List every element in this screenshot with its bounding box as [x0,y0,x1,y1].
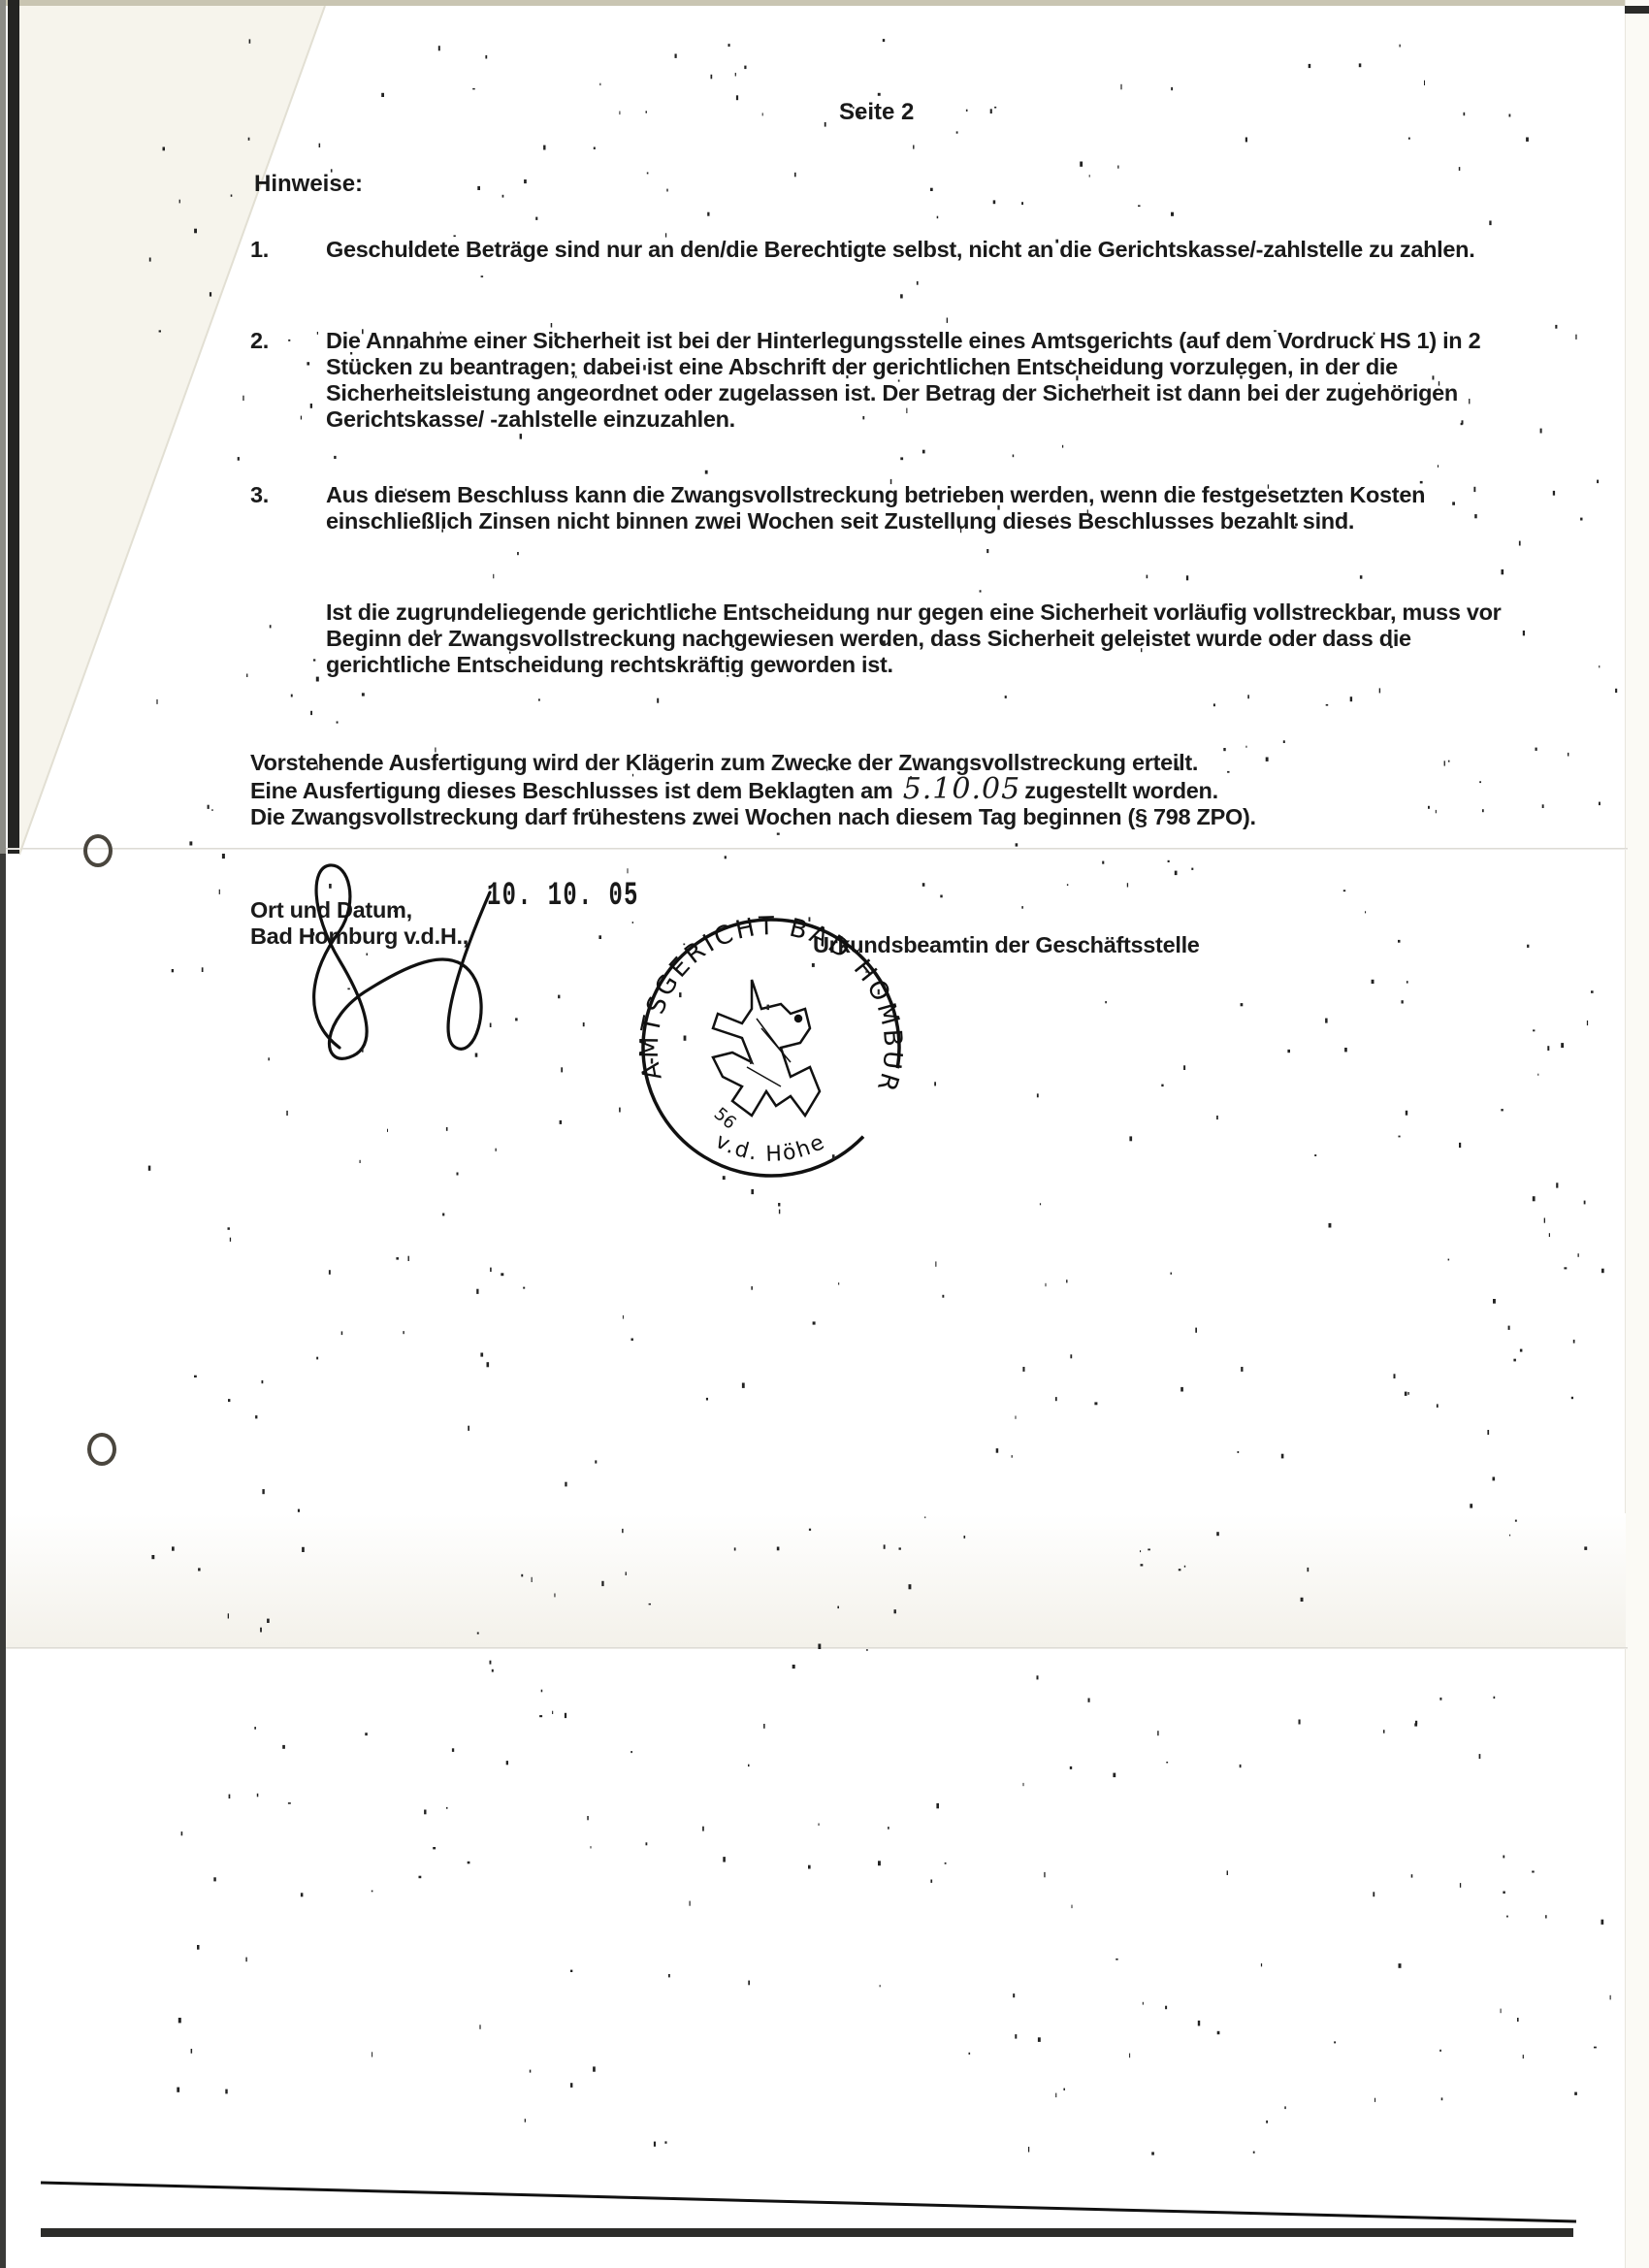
item-text: Geschuldete Beträge sind nur an den/die … [326,237,1509,263]
svg-text:AMTSGERICHT BAD HOMBURG: AMTSGERICHT BAD HOMBURG [635,912,908,1097]
lion-emblem-icon [713,980,820,1116]
notice-line-2-start: Eine Ausfertigung dieses Beschlusses ist… [250,778,892,803]
scan-shadow-left [8,0,19,854]
seal-number: 56 [710,1104,740,1134]
scan-border-right [1625,0,1649,2268]
item-number: 1. [250,237,269,263]
notice-line-1: Vorstehende Ausfertigung wird der Kläger… [250,750,1414,776]
item-text: Aus diesem Beschluss kann die Zwangsvoll… [326,482,1509,535]
enforcement-notice: Vorstehende Ausfertigung wird der Kläger… [250,750,1414,830]
section-heading: Hinweise: [254,171,363,198]
bottom-rule-lines [0,2163,1649,2260]
notice-line-2-end: zugestellt worden. [1024,778,1218,803]
seal-text-bottom: v.d. Höhe [711,1129,829,1167]
paper-fold-crease [6,1647,1628,1649]
scan-border-right-cap [1625,6,1649,14]
notice-line-3: Die Zwangsvollstreckung darf frühestens … [250,804,1414,830]
paper-shading [6,1513,1626,1647]
court-seal: AMTSGERICHT BAD HOMBURG v.d. Höhe 56 [630,907,912,1188]
item-text: Ist die zugrundeliegende gerichtliche En… [326,599,1509,678]
seal-text-top: AMTSGERICHT BAD HOMBURG [635,912,908,1097]
notice-line-2: Eine Ausfertigung dieses Beschlusses ist… [250,776,1414,804]
item-number: 3. [250,482,269,508]
item-number: 2. [250,328,269,354]
punch-hole [83,834,113,867]
punch-hole [87,1433,116,1466]
page-label: Seite 2 [839,99,914,126]
signature [281,854,533,1077]
item-text: Die Annahme einer Sicherheit ist bei der… [326,328,1509,433]
handwritten-date: 5.10.05 [899,772,1025,806]
svg-text:v.d. Höhe: v.d. Höhe [711,1129,829,1167]
folded-corner [19,6,330,859]
